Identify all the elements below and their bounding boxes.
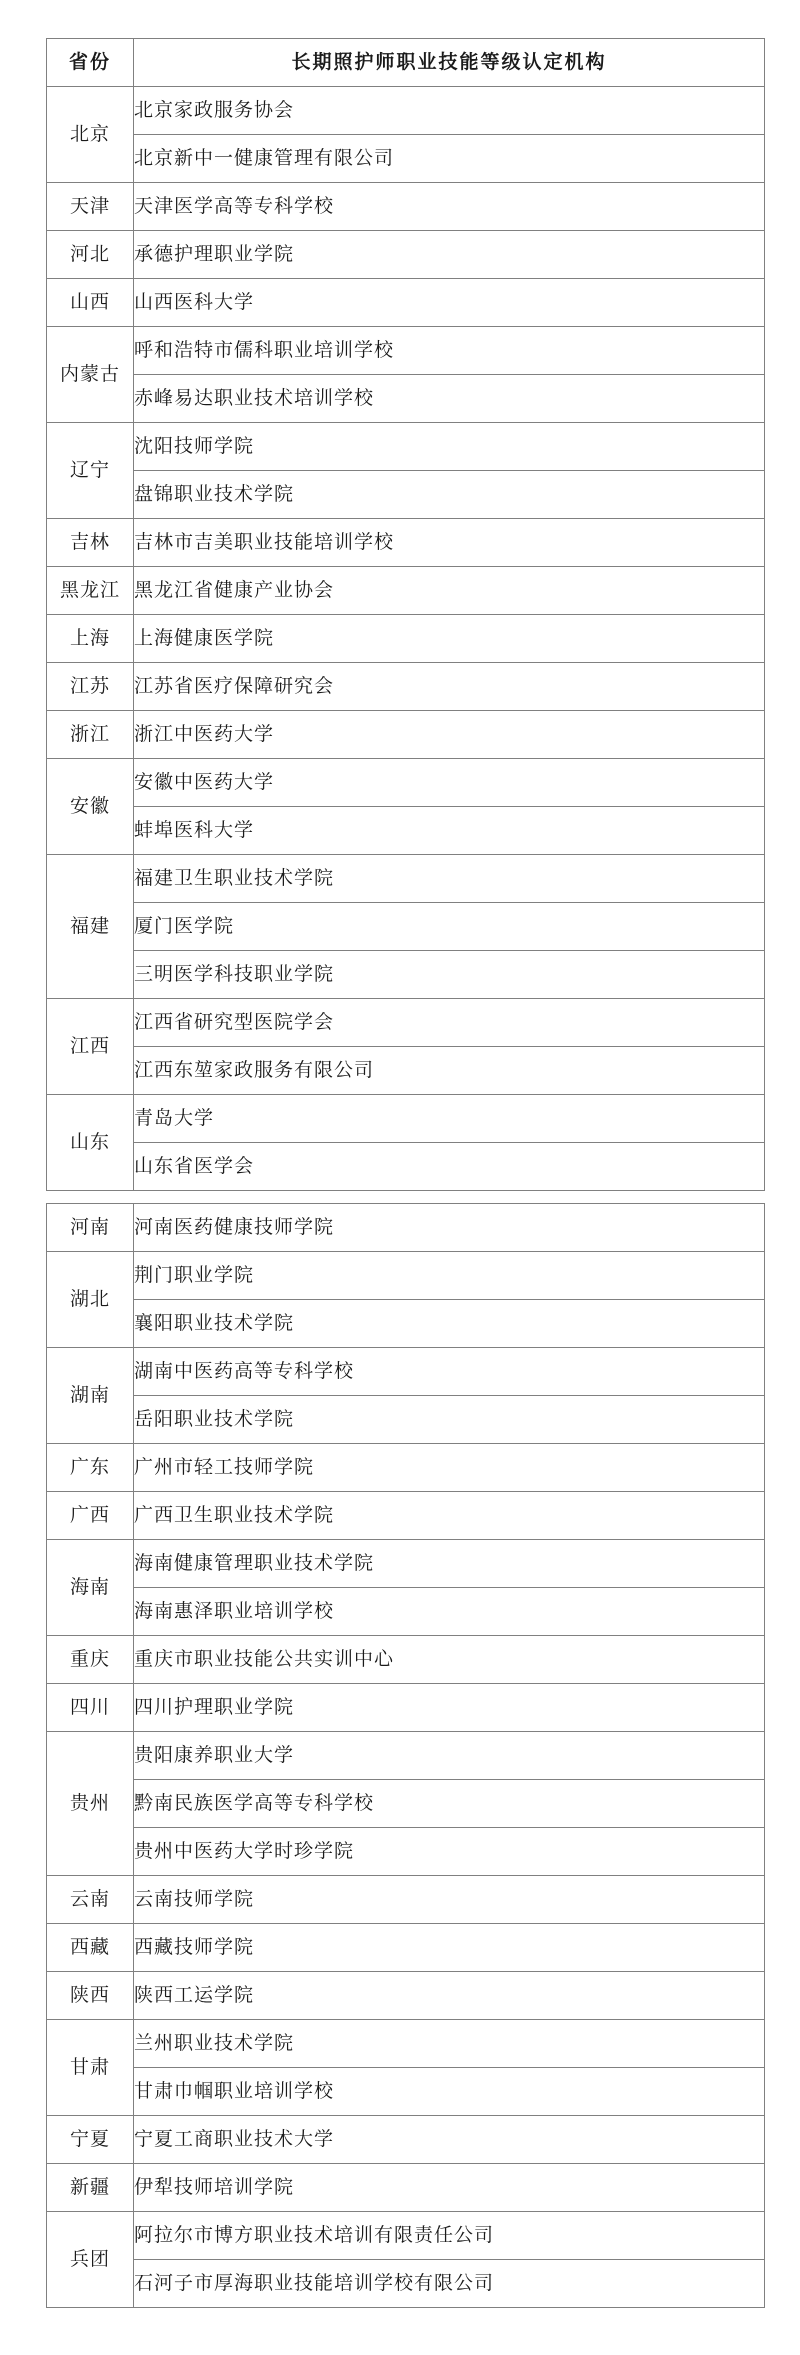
province-cell: 辽宁: [47, 423, 134, 519]
province-cell: 福建: [47, 855, 134, 999]
province-cell: 天津: [47, 183, 134, 231]
table-row: 河南河南医药健康技师学院: [47, 1204, 765, 1252]
institution-cell: 盘锦职业技术学院: [134, 471, 765, 519]
table-row: 海南海南健康管理职业技术学院: [47, 1540, 765, 1588]
table-row: 岳阳职业技术学院: [47, 1396, 765, 1444]
province-cell: 陕西: [47, 1972, 134, 2020]
institution-cell: 宁夏工商职业技术大学: [134, 2116, 765, 2164]
province-cell: 北京: [47, 87, 134, 183]
institution-cell: 陕西工运学院: [134, 1972, 765, 2020]
table-row: 安徽安徽中医药大学: [47, 759, 765, 807]
table-row: 天津天津医学高等专科学校: [47, 183, 765, 231]
institution-cell: 北京家政服务协会: [134, 87, 765, 135]
institution-cell: 沈阳技师学院: [134, 423, 765, 471]
province-cell: 广东: [47, 1444, 134, 1492]
institution-cell: 福建卫生职业技术学院: [134, 855, 765, 903]
institution-cell: 兰州职业技术学院: [134, 2020, 765, 2068]
province-cell: 海南: [47, 1540, 134, 1636]
table-body-part-2: 河南河南医药健康技师学院湖北荆门职业学院襄阳职业技术学院湖南湖南中医药高等专科学…: [47, 1204, 765, 2308]
institution-cell: 湖南中医药高等专科学校: [134, 1348, 765, 1396]
institution-cell: 安徽中医药大学: [134, 759, 765, 807]
institution-cell: 江苏省医疗保障研究会: [134, 663, 765, 711]
institution-cell: 三明医学科技职业学院: [134, 951, 765, 999]
table-row: 海南惠泽职业培训学校: [47, 1588, 765, 1636]
document-page: 省份 长期照护师职业技能等级认定机构 北京北京家政服务协会北京新中一健康管理有限…: [0, 0, 800, 2355]
institution-cell: 云南技师学院: [134, 1876, 765, 1924]
province-cell: 西藏: [47, 1924, 134, 1972]
province-cell: 湖南: [47, 1348, 134, 1444]
table-row: 江西东堃家政服务有限公司: [47, 1047, 765, 1095]
province-cell: 河北: [47, 231, 134, 279]
table-row: 盘锦职业技术学院: [47, 471, 765, 519]
table-row: 山东省医学会: [47, 1143, 765, 1191]
province-cell: 新疆: [47, 2164, 134, 2212]
province-cell: 内蒙古: [47, 327, 134, 423]
province-cell: 江西: [47, 999, 134, 1095]
institution-cell: 荆门职业学院: [134, 1252, 765, 1300]
table-row: 江西江西省研究型医院学会: [47, 999, 765, 1047]
institution-cell: 广西卫生职业技术学院: [134, 1492, 765, 1540]
table-row: 重庆重庆市职业技能公共实训中心: [47, 1636, 765, 1684]
institution-cell: 浙江中医药大学: [134, 711, 765, 759]
table-row: 黑龙江黑龙江省健康产业协会: [47, 567, 765, 615]
institution-cell: 吉林市吉美职业技能培训学校: [134, 519, 765, 567]
table-row: 陕西陕西工运学院: [47, 1972, 765, 2020]
province-cell: 云南: [47, 1876, 134, 1924]
table-row: 黔南民族医学高等专科学校: [47, 1780, 765, 1828]
institution-cell: 海南惠泽职业培训学校: [134, 1588, 765, 1636]
province-cell: 河南: [47, 1204, 134, 1252]
table-row: 三明医学科技职业学院: [47, 951, 765, 999]
province-cell: 黑龙江: [47, 567, 134, 615]
institution-cell: 江西东堃家政服务有限公司: [134, 1047, 765, 1095]
institution-cell: 重庆市职业技能公共实训中心: [134, 1636, 765, 1684]
institution-cell: 四川护理职业学院: [134, 1684, 765, 1732]
province-cell: 重庆: [47, 1636, 134, 1684]
province-cell: 上海: [47, 615, 134, 663]
table-row: 石河子市厚海职业技能培训学校有限公司: [47, 2260, 765, 2308]
institution-cell: 襄阳职业技术学院: [134, 1300, 765, 1348]
province-cell: 安徽: [47, 759, 134, 855]
province-cell: 吉林: [47, 519, 134, 567]
institution-cell: 贵阳康养职业大学: [134, 1732, 765, 1780]
institution-cell: 黔南民族医学高等专科学校: [134, 1780, 765, 1828]
institution-cell: 黑龙江省健康产业协会: [134, 567, 765, 615]
table-row: 厦门医学院: [47, 903, 765, 951]
table-row: 山东青岛大学: [47, 1095, 765, 1143]
institution-cell: 承德护理职业学院: [134, 231, 765, 279]
institution-cell: 西藏技师学院: [134, 1924, 765, 1972]
table-row: 江苏江苏省医疗保障研究会: [47, 663, 765, 711]
province-cell: 兵团: [47, 2212, 134, 2308]
institution-cell: 海南健康管理职业技术学院: [134, 1540, 765, 1588]
certification-table-part-1: 省份 长期照护师职业技能等级认定机构 北京北京家政服务协会北京新中一健康管理有限…: [46, 38, 765, 1191]
table-row: 北京北京家政服务协会: [47, 87, 765, 135]
table-row: 福建福建卫生职业技术学院: [47, 855, 765, 903]
province-cell: 山西: [47, 279, 134, 327]
province-cell: 广西: [47, 1492, 134, 1540]
institution-cell: 岳阳职业技术学院: [134, 1396, 765, 1444]
institution-cell: 北京新中一健康管理有限公司: [134, 135, 765, 183]
table-row: 云南云南技师学院: [47, 1876, 765, 1924]
institution-cell: 赤峰易达职业技术培训学校: [134, 375, 765, 423]
table-row: 贵州中医药大学时珍学院: [47, 1828, 765, 1876]
certification-table-part-2: 河南河南医药健康技师学院湖北荆门职业学院襄阳职业技术学院湖南湖南中医药高等专科学…: [46, 1203, 765, 2308]
table-row: 兵团阿拉尔市博方职业技术培训有限责任公司: [47, 2212, 765, 2260]
institution-cell: 蚌埠医科大学: [134, 807, 765, 855]
province-cell: 山东: [47, 1095, 134, 1191]
province-cell: 湖北: [47, 1252, 134, 1348]
institution-cell: 阿拉尔市博方职业技术培训有限责任公司: [134, 2212, 765, 2260]
table-row: 甘肃巾帼职业培训学校: [47, 2068, 765, 2116]
institution-cell: 伊犁技师培训学院: [134, 2164, 765, 2212]
table-row: 内蒙古呼和浩特市儒科职业培训学校: [47, 327, 765, 375]
table-row: 湖南湖南中医药高等专科学校: [47, 1348, 765, 1396]
table-row: 甘肃兰州职业技术学院: [47, 2020, 765, 2068]
header-province: 省份: [47, 39, 134, 87]
institution-cell: 山西医科大学: [134, 279, 765, 327]
province-cell: 贵州: [47, 1732, 134, 1876]
table-row: 襄阳职业技术学院: [47, 1300, 765, 1348]
table-row: 广西广西卫生职业技术学院: [47, 1492, 765, 1540]
province-cell: 浙江: [47, 711, 134, 759]
province-cell: 甘肃: [47, 2020, 134, 2116]
table-row: 辽宁沈阳技师学院: [47, 423, 765, 471]
table-row: 蚌埠医科大学: [47, 807, 765, 855]
table-body-part-1: 北京北京家政服务协会北京新中一健康管理有限公司天津天津医学高等专科学校河北承德护…: [47, 87, 765, 1191]
institution-cell: 山东省医学会: [134, 1143, 765, 1191]
table-row: 山西山西医科大学: [47, 279, 765, 327]
institution-cell: 广州市轻工技师学院: [134, 1444, 765, 1492]
institution-cell: 呼和浩特市儒科职业培训学校: [134, 327, 765, 375]
table-row: 上海上海健康医学院: [47, 615, 765, 663]
table-row: 新疆伊犁技师培训学院: [47, 2164, 765, 2212]
institution-cell: 江西省研究型医院学会: [134, 999, 765, 1047]
institution-cell: 上海健康医学院: [134, 615, 765, 663]
province-cell: 江苏: [47, 663, 134, 711]
table-row: 四川四川护理职业学院: [47, 1684, 765, 1732]
table-row: 浙江浙江中医药大学: [47, 711, 765, 759]
table-row: 赤峰易达职业技术培训学校: [47, 375, 765, 423]
table-row: 西藏西藏技师学院: [47, 1924, 765, 1972]
institution-cell: 甘肃巾帼职业培训学校: [134, 2068, 765, 2116]
institution-cell: 厦门医学院: [134, 903, 765, 951]
table-row: 宁夏宁夏工商职业技术大学: [47, 2116, 765, 2164]
province-cell: 四川: [47, 1684, 134, 1732]
institution-cell: 天津医学高等专科学校: [134, 183, 765, 231]
table-row: 贵州贵阳康养职业大学: [47, 1732, 765, 1780]
table-row: 北京新中一健康管理有限公司: [47, 135, 765, 183]
table-row: 河北承德护理职业学院: [47, 231, 765, 279]
header-institution: 长期照护师职业技能等级认定机构: [134, 39, 765, 87]
province-cell: 宁夏: [47, 2116, 134, 2164]
table-row: 吉林吉林市吉美职业技能培训学校: [47, 519, 765, 567]
institution-cell: 河南医药健康技师学院: [134, 1204, 765, 1252]
institution-cell: 石河子市厚海职业技能培训学校有限公司: [134, 2260, 765, 2308]
header-row: 省份 长期照护师职业技能等级认定机构: [47, 39, 765, 87]
institution-cell: 贵州中医药大学时珍学院: [134, 1828, 765, 1876]
institution-cell: 青岛大学: [134, 1095, 765, 1143]
table-row: 湖北荆门职业学院: [47, 1252, 765, 1300]
table-row: 广东广州市轻工技师学院: [47, 1444, 765, 1492]
